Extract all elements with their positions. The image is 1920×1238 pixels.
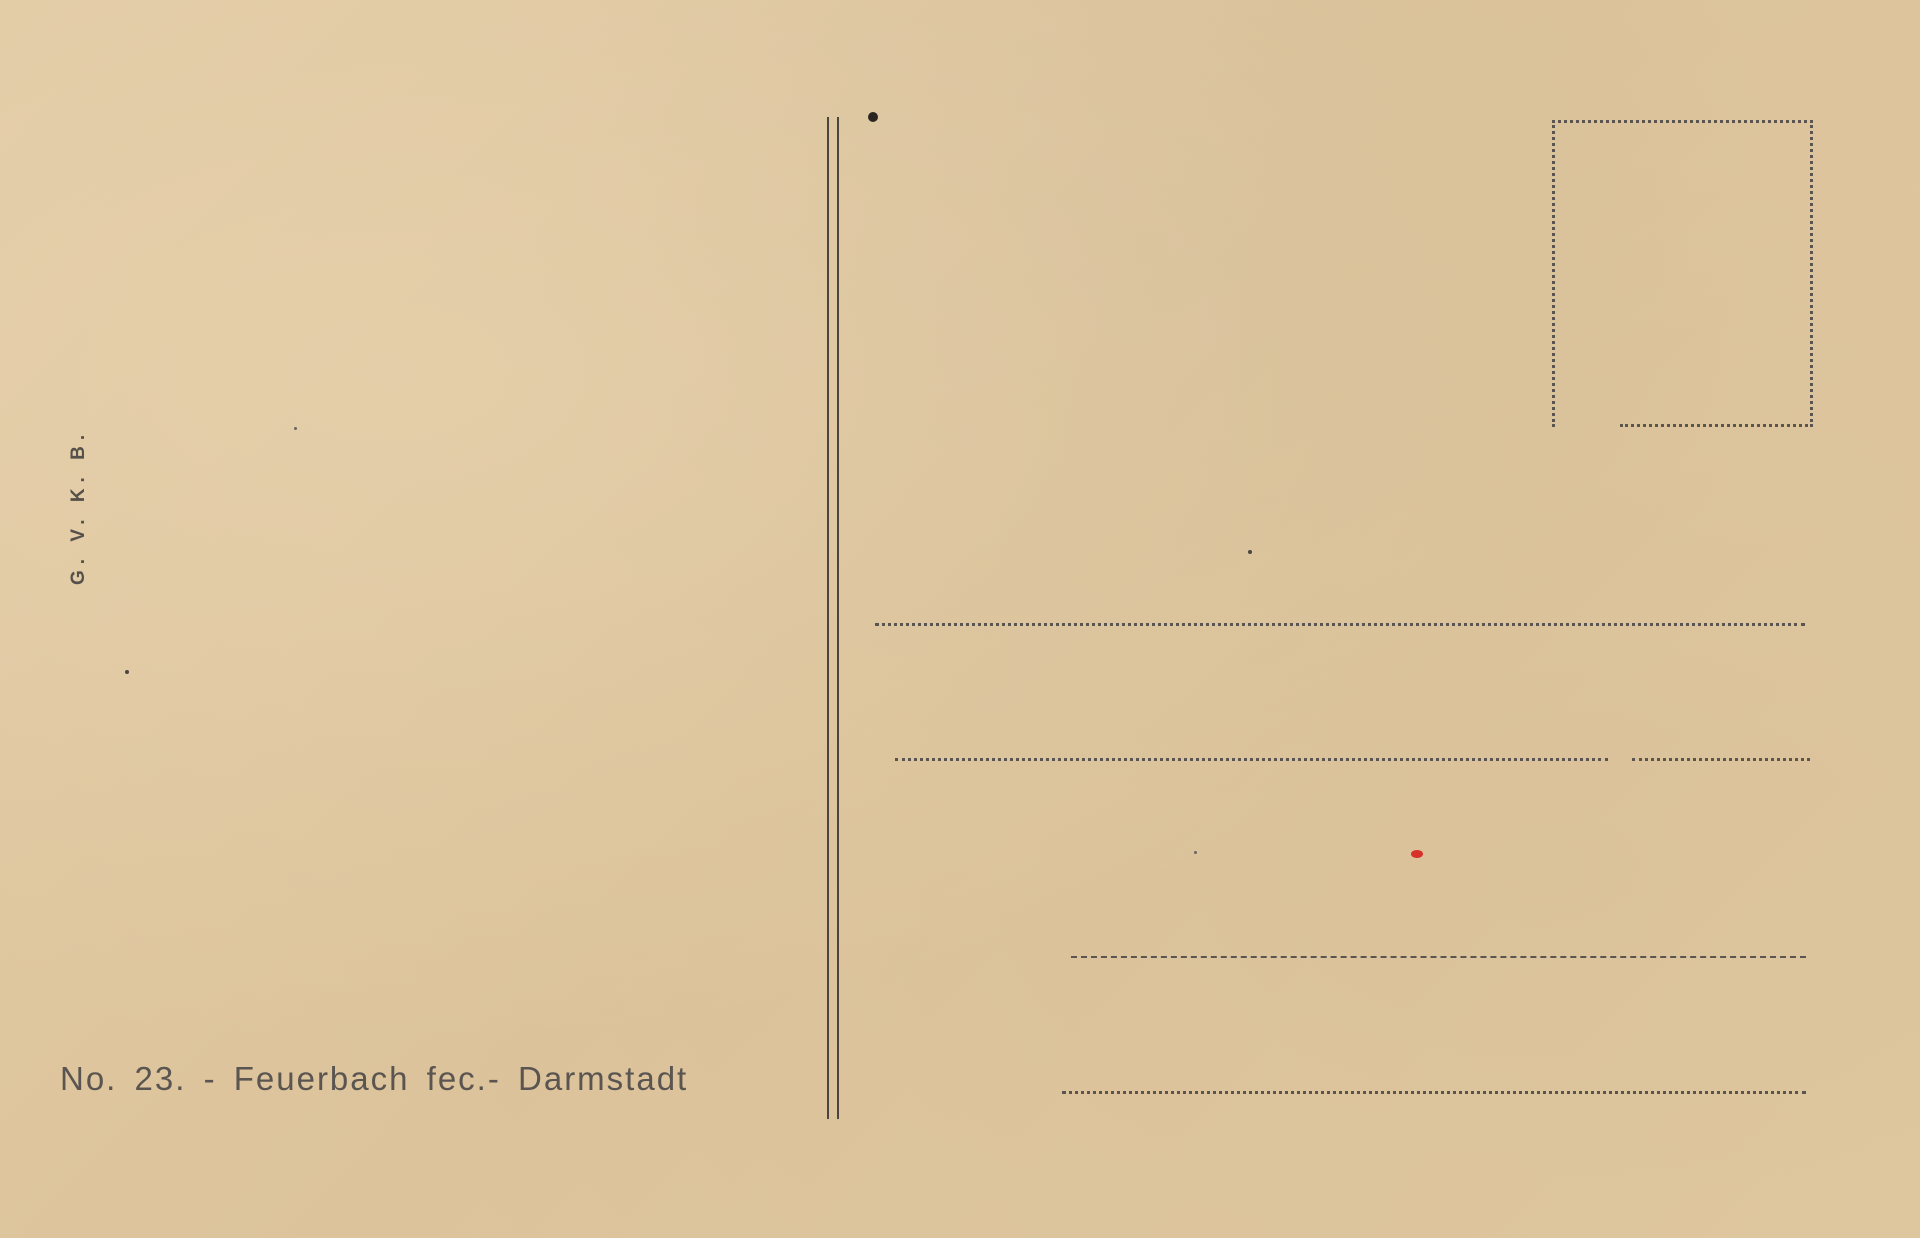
ink-spot — [868, 112, 878, 122]
speck — [125, 670, 129, 674]
postcard-back: G. V. K. B. No. 23. - Feuerbach fec.- Da… — [0, 0, 1920, 1238]
publisher-mark: G. V. K. B. — [68, 429, 90, 585]
address-line-2-postal — [1632, 758, 1810, 761]
speck — [294, 427, 297, 430]
address-line-1 — [875, 623, 1805, 626]
divider-line-left — [827, 117, 829, 1119]
stamp-box-bottom-edge — [1620, 424, 1813, 427]
red-spot — [1411, 850, 1423, 858]
divider-line-right — [837, 117, 839, 1119]
imprint-caption: No. 23. - Feuerbach fec.- Darmstadt — [60, 1060, 688, 1098]
speck — [1248, 550, 1252, 554]
address-line-3 — [1071, 956, 1806, 958]
address-line-2 — [895, 758, 1608, 761]
address-line-4 — [1062, 1091, 1806, 1094]
stamp-placement-box — [1552, 120, 1813, 427]
speck — [1194, 851, 1197, 854]
